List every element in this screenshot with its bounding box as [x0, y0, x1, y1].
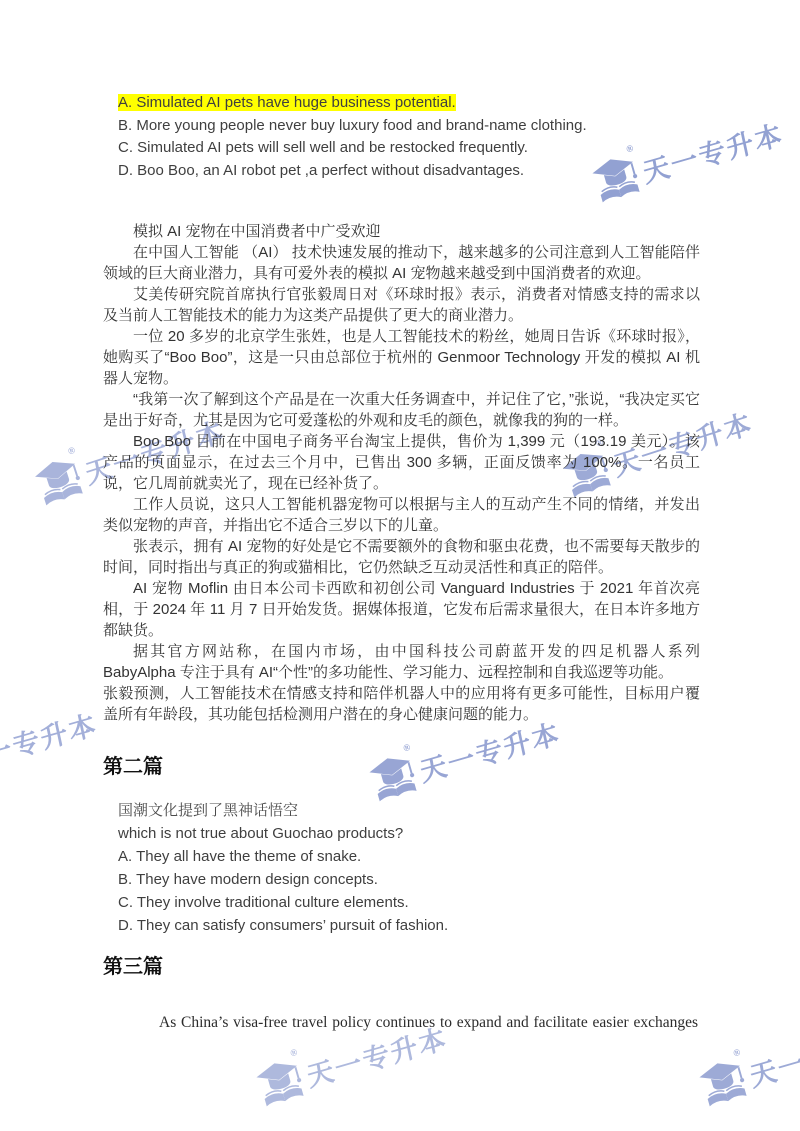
- section3-heading: 第三篇: [103, 950, 163, 979]
- passage1-paragraph: 艾美传研究院首席执行官张毅周日对《环球时报》表示，消费者对情感支持的需求以及当前…: [103, 284, 700, 326]
- document-page: ® 天一专升本 ® 天一专升本: [0, 0, 800, 1131]
- section2-topic: 国潮文化提到了黑神话悟空: [118, 799, 688, 822]
- passage1-paragraph: 张毅预测，人工智能技术在情感支持和陪伴机器人中的应用将有更多可能性，目标用户覆盖…: [103, 683, 700, 725]
- passage1-paragraph: 一位 20 多岁的北京学生张姓，也是人工智能技术的粉丝，她周日告诉《环球时报》，…: [103, 326, 700, 389]
- answer-option: A. Simulated AI pets have huge business …: [118, 92, 688, 115]
- passage1-paragraph: “我第一次了解到这个产品是在一次重大任务调查中，并记住了它，”张说，“我决定买它…: [103, 389, 700, 431]
- answer-option: A. They all have the theme of snake.: [118, 845, 688, 868]
- answer-option-label: D. Boo Boo, an AI robot pet ,a perfect w…: [118, 162, 524, 179]
- passage1-paragraph: 据其官方网站称，在国内市场，由中国科技公司蔚蓝开发的四足机器人系列 BabyAl…: [103, 641, 700, 683]
- question1-options: A. Simulated AI pets have huge business …: [118, 92, 688, 183]
- page-content: A. Simulated AI pets have huge business …: [0, 0, 800, 1131]
- passage1: 模拟 AI 宠物在中国消费者中广受欢迎 在中国人工智能 （AI） 技术快速发展的…: [103, 221, 700, 725]
- passage1-paragraph: 在中国人工智能 （AI） 技术快速发展的推动下，越来越多的公司注意到人工智能陪伴…: [103, 242, 700, 284]
- answer-option: B. More young people never buy luxury fo…: [118, 115, 688, 138]
- answer-option-label: C. Simulated AI pets will sell well and …: [118, 139, 528, 156]
- passage1-paragraph: 工作人员说，这只人工智能机器宠物可以根据与主人的互动产生不同的情绪，并发出类似宠…: [103, 494, 700, 536]
- answer-option: D. They can satisfy consumers’ pursuit o…: [118, 914, 688, 937]
- answer-option: C. Simulated AI pets will sell well and …: [118, 137, 688, 160]
- passage1-paragraph: Boo Boo 目前在中国电子商务平台淘宝上提供，售价为 1,399 元（193…: [103, 431, 700, 494]
- answer-option-label: A. Simulated AI pets have huge business …: [118, 94, 456, 111]
- passage1-paragraph: 模拟 AI 宠物在中国消费者中广受欢迎: [103, 221, 700, 242]
- section3-opening-line: As China’s visa-free travel policy conti…: [103, 1012, 698, 1034]
- answer-option: B. They have modern design concepts.: [118, 868, 688, 891]
- section2-heading: 第二篇: [103, 750, 163, 779]
- answer-option: C. They involve traditional culture elem…: [118, 891, 688, 914]
- passage1-paragraph: 张表示，拥有 AI 宠物的好处是它不需要额外的食物和驱虫花费，也不需要每天散步的…: [103, 536, 700, 578]
- section2-block: 国潮文化提到了黑神话悟空 which is not true about Guo…: [118, 799, 688, 937]
- answer-option: D. Boo Boo, an AI robot pet ,a perfect w…: [118, 160, 688, 183]
- section2-question: which is not true about Guochao products…: [118, 822, 688, 845]
- answer-option-label: B. More young people never buy luxury fo…: [118, 117, 587, 134]
- passage1-paragraph: AI 宠物 Moflin 由日本公司卡西欧和初创公司 Vanguard Indu…: [103, 578, 700, 641]
